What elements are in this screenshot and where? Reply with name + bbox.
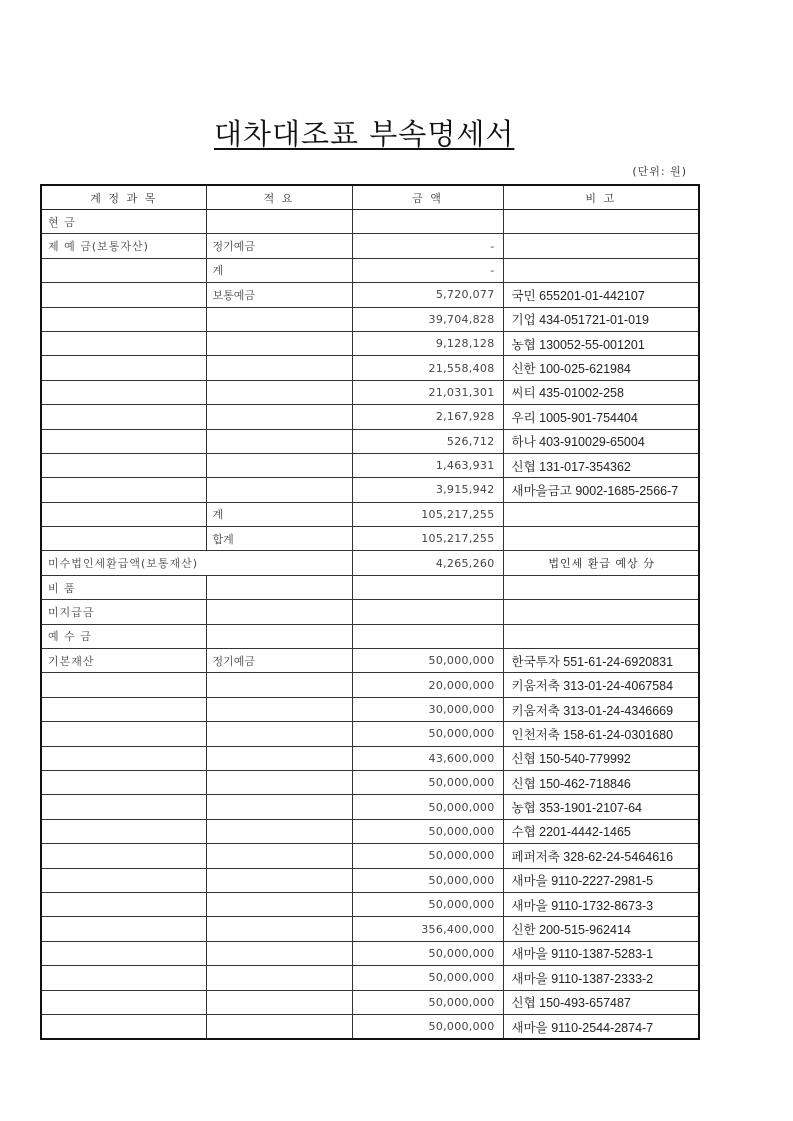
account-cell [41,795,206,819]
memo-cell [206,746,352,770]
amount-cell: 50,000,000 [352,941,503,965]
amount-cell: 21,558,408 [352,356,503,380]
table-row: 43,600,000신협 150-540-779992 [41,746,699,770]
memo-cell: 정기예금 [206,234,352,258]
table-row: 50,000,000인천저축 158-61-24-0301680 [41,722,699,746]
amount-cell [352,624,503,648]
table-row: 20,000,000키움저축 313-01-24-4067584 [41,673,699,697]
table-row: 제 예 금(보통자산)정기예금- [41,234,699,258]
note-cell [503,234,699,258]
memo-cell: 보통예금 [206,283,352,307]
account-cell [41,429,206,453]
header-account: 계 정 과 목 [41,185,206,210]
memo-cell [206,380,352,404]
memo-cell: 합계 [206,527,352,551]
table-row: 계- [41,258,699,282]
note-cell [503,527,699,551]
memo-cell [206,453,352,477]
memo-cell: 계 [206,258,352,282]
amount-cell [352,575,503,599]
note-cell: 농협 353-1901-2107-64 [503,795,699,819]
amount-cell: 50,000,000 [352,722,503,746]
amount-cell: 50,000,000 [352,990,503,1014]
memo-cell [206,868,352,892]
table-row: 39,704,828기업 434-051721-01-019 [41,307,699,331]
table-row: 50,000,000새마을 9110-1732-8673-3 [41,892,699,916]
amount-cell: 39,704,828 [352,307,503,331]
account-cell [41,966,206,990]
note-cell [503,575,699,599]
amount-cell: - [352,258,503,282]
amount-cell: 5,720,077 [352,283,503,307]
memo-cell [206,429,352,453]
memo-cell: 계 [206,502,352,526]
memo-cell [206,673,352,697]
header-memo: 적 요 [206,185,352,210]
account-cell [41,478,206,502]
table-row: 비 품 [41,575,699,599]
note-cell: 새마을 9110-1387-5283-1 [503,941,699,965]
account-cell [41,283,206,307]
note-cell: 새마을 9110-1732-8673-3 [503,892,699,916]
note-cell: 국민 655201-01-442107 [503,283,699,307]
account-cell: 현 금 [41,210,206,234]
note-cell [503,502,699,526]
account-cell [41,917,206,941]
amount-cell: 50,000,000 [352,868,503,892]
table-row: 50,000,000농협 353-1901-2107-64 [41,795,699,819]
table-row: 9,128,128농협 130052-55-001201 [41,331,699,355]
account-cell: 비 품 [41,575,206,599]
account-cell [41,819,206,843]
memo-cell [206,697,352,721]
account-cell [41,307,206,331]
table-row: 50,000,000새마을 9110-1387-2333-2 [41,966,699,990]
memo-cell [206,405,352,429]
balance-sheet-detail-table: 계 정 과 목 적 요 금 액 비 고 현 금제 예 금(보통자산)정기예금-계… [40,184,700,1040]
account-cell: 제 예 금(보통자산) [41,234,206,258]
account-cell [41,746,206,770]
amount-cell: 50,000,000 [352,892,503,916]
amount-cell: 50,000,000 [352,966,503,990]
note-cell: 새마을 9110-2227-2981-5 [503,868,699,892]
memo-cell [206,722,352,746]
account-cell: 미지급금 [41,600,206,624]
table-row: 526,712하나 403-910029-65004 [41,429,699,453]
account-cell [41,331,206,355]
account-cell [41,673,206,697]
amount-cell: 9,128,128 [352,331,503,355]
memo-cell [206,307,352,331]
account-cell [41,844,206,868]
account-cell [41,990,206,1014]
amount-cell: 50,000,000 [352,819,503,843]
note-cell: 씨티 435-01002-258 [503,380,699,404]
table-row: 21,558,408신한 100-025-621984 [41,356,699,380]
memo-cell [206,1014,352,1039]
table-row: 현 금 [41,210,699,234]
memo-cell [206,917,352,941]
note-cell: 페퍼저축 328-62-24-5464616 [503,844,699,868]
amount-cell: - [352,234,503,258]
amount-cell: 105,217,255 [352,502,503,526]
memo-cell [206,819,352,843]
amount-cell: 526,712 [352,429,503,453]
note-cell: 수협 2201-4442-1465 [503,819,699,843]
amount-cell: 50,000,000 [352,649,503,673]
table-row: 미지급금 [41,600,699,624]
amount-cell [352,210,503,234]
account-cell [41,1014,206,1039]
memo-cell [206,478,352,502]
note-cell: 인천저축 158-61-24-0301680 [503,722,699,746]
account-cell [41,722,206,746]
amount-cell [352,600,503,624]
account-cell: 예 수 금 [41,624,206,648]
account-cell [41,697,206,721]
unit-label: (단위: 원) [632,163,687,179]
memo-cell [206,356,352,380]
note-cell: 신한 100-025-621984 [503,356,699,380]
note-cell: 키움저축 313-01-24-4067584 [503,673,699,697]
memo-cell [206,990,352,1014]
note-cell [503,210,699,234]
memo-cell [206,575,352,599]
table-row: 30,000,000키움저축 313-01-24-4346669 [41,697,699,721]
memo-cell [206,210,352,234]
amount-cell: 50,000,000 [352,1014,503,1039]
memo-cell [206,941,352,965]
account-cell [41,892,206,916]
table-body: 현 금제 예 금(보통자산)정기예금-계-보통예금5,720,077국민 655… [41,210,699,1040]
account-cell [41,770,206,794]
note-cell: 신협 150-462-718846 [503,770,699,794]
note-cell: 새마을 9110-2544-2874-7 [503,1014,699,1039]
amount-cell: 1,463,931 [352,453,503,477]
note-cell: 농협 130052-55-001201 [503,331,699,355]
amount-cell: 20,000,000 [352,673,503,697]
table-row: 3,915,942새마을금고 9002-1685-2566-7 [41,478,699,502]
table-row: 계105,217,255 [41,502,699,526]
table-row: 21,031,301씨티 435-01002-258 [41,380,699,404]
memo-cell [206,844,352,868]
amount-cell: 2,167,928 [352,405,503,429]
account-cell [41,502,206,526]
header-note: 비 고 [503,185,699,210]
memo-cell [206,331,352,355]
account-cell: 미수법인세환급액(보통재산) [41,551,352,575]
account-cell [41,356,206,380]
table-row: 2,167,928우리 1005-901-754404 [41,405,699,429]
amount-cell: 50,000,000 [352,770,503,794]
note-cell: 법인세 환급 예상 分 [503,551,699,575]
table-row: 356,400,000신한 200-515-962414 [41,917,699,941]
memo-cell [206,600,352,624]
table-row: 기본재산정기예금50,000,000한국투자 551-61-24-6920831 [41,649,699,673]
note-cell: 우리 1005-901-754404 [503,405,699,429]
account-cell [41,941,206,965]
memo-cell [206,966,352,990]
table-row: 1,463,931신협 131-017-354362 [41,453,699,477]
amount-cell: 4,265,260 [352,551,503,575]
note-cell: 신한 200-515-962414 [503,917,699,941]
amount-cell: 356,400,000 [352,917,503,941]
account-cell [41,868,206,892]
table-header-row: 계 정 과 목 적 요 금 액 비 고 [41,185,699,210]
note-cell: 신협 150-493-657487 [503,990,699,1014]
document-title: 대차대조표 부속명세서 [214,112,514,153]
table-row: 50,000,000새마을 9110-2544-2874-7 [41,1014,699,1039]
memo-cell: 정기예금 [206,649,352,673]
table-row: 합계105,217,255 [41,527,699,551]
table-row: 예 수 금 [41,624,699,648]
amount-cell: 30,000,000 [352,697,503,721]
note-cell: 한국투자 551-61-24-6920831 [503,649,699,673]
note-cell [503,258,699,282]
table-row: 보통예금5,720,077국민 655201-01-442107 [41,283,699,307]
note-cell [503,624,699,648]
note-cell: 신협 131-017-354362 [503,453,699,477]
table-row: 50,000,000페퍼저축 328-62-24-5464616 [41,844,699,868]
note-cell: 신협 150-540-779992 [503,746,699,770]
memo-cell [206,770,352,794]
note-cell: 기업 434-051721-01-019 [503,307,699,331]
amount-cell: 43,600,000 [352,746,503,770]
account-cell [41,380,206,404]
note-cell: 하나 403-910029-65004 [503,429,699,453]
memo-cell [206,892,352,916]
table-row: 50,000,000수협 2201-4442-1465 [41,819,699,843]
note-cell: 새마을금고 9002-1685-2566-7 [503,478,699,502]
memo-cell [206,624,352,648]
account-cell [41,405,206,429]
account-cell [41,527,206,551]
table-row: 50,000,000새마을 9110-1387-5283-1 [41,941,699,965]
account-cell [41,453,206,477]
memo-cell [206,795,352,819]
note-cell [503,600,699,624]
header-amount: 금 액 [352,185,503,210]
note-cell: 새마을 9110-1387-2333-2 [503,966,699,990]
table-row: 미수법인세환급액(보통재산)4,265,260법인세 환급 예상 分 [41,551,699,575]
table-row: 50,000,000새마을 9110-2227-2981-5 [41,868,699,892]
amount-cell: 21,031,301 [352,380,503,404]
amount-cell: 50,000,000 [352,795,503,819]
note-cell: 키움저축 313-01-24-4346669 [503,697,699,721]
account-cell [41,258,206,282]
amount-cell: 3,915,942 [352,478,503,502]
amount-cell: 50,000,000 [352,844,503,868]
amount-cell: 105,217,255 [352,527,503,551]
table-row: 50,000,000신협 150-493-657487 [41,990,699,1014]
account-cell: 기본재산 [41,649,206,673]
table-row: 50,000,000신협 150-462-718846 [41,770,699,794]
